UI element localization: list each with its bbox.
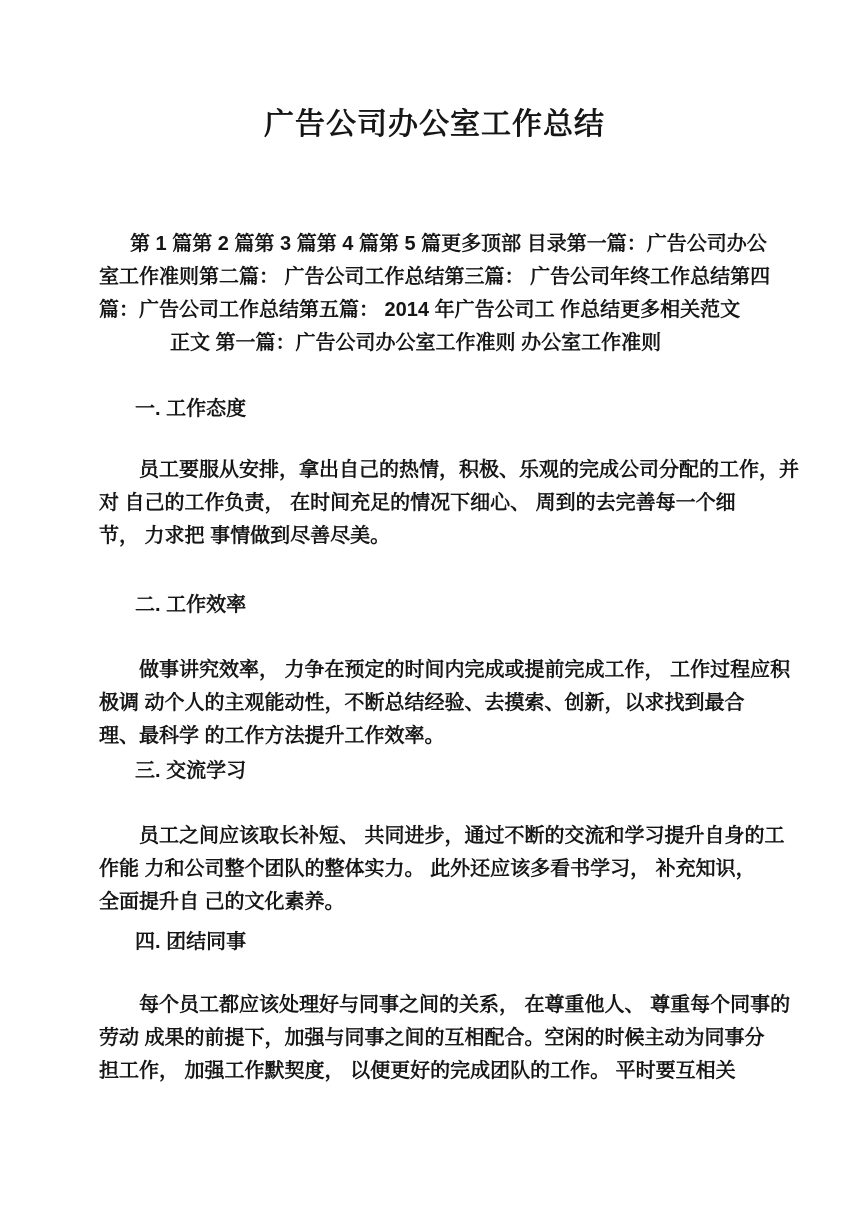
paragraph-line: 理、最科学 的工作方法提升工作效率。 [99,720,770,753]
paragraph-line: 做事讲究效率， 力争在预定的时间内完成或提前完成工作， 工作过程应积 [99,654,770,687]
intro-line-zhengwen: 正文 第一篇：广告公司办公室工作准则 办公室工作准则 [99,327,770,360]
document-body: 广告公司办公室工作总结 第 1 篇第 2 篇第 3 篇第 4 篇第 5 篇更多顶… [0,0,860,1088]
paragraph-line: 劳动 成果的前提下，加强与同事之间的互相配合。空闲的时候主动为同事分 [99,1022,770,1055]
section-heading: 四. 团结同事 [99,926,770,959]
intro-line: 室工作准则第二篇： 广告公司工作总结第三篇： 广告公司年终工作总结第四 [99,261,770,294]
paragraph-line: 极调 动个人的主观能动性，不断总结经验、去摸索、创新，以求找到最合 [99,687,770,720]
intro-line: 第 1 篇第 2 篇第 3 篇第 4 篇第 5 篇更多顶部 目录第一篇：广告公司… [99,228,770,261]
document-page: 广告公司办公室工作总结 第 1 篇第 2 篇第 3 篇第 4 篇第 5 篇更多顶… [0,0,860,1218]
paragraph-line: 每个员工都应该处理好与同事之间的关系， 在尊重他人、 尊重每个同事的 [99,989,770,1022]
paragraph-line: 员工之间应该取长补短、 共同进步，通过不断的交流和学习提升自身的工 [99,820,770,853]
paragraph-line: 全面提升自 己的文化素养。 [99,886,770,919]
section-heading: 一. 工作态度 [99,393,770,426]
paragraph-line: 作能 力和公司整个团队的整体实力。 此外还应该多看书学习， 补充知识， [99,853,770,886]
intro-line: 篇：广告公司工作总结第五篇： 2014 年广告公司工 作总结更多相关范文 [99,294,770,327]
section-work-attitude: 一. 工作态度 员工要服从安排，拿出自己的热情，积极、乐观的完成公司分配的工作，… [99,393,770,553]
section-unite-colleagues: 四. 团结同事 每个员工都应该处理好与同事之间的关系， 在尊重他人、 尊重每个同… [99,926,770,1088]
intro-paragraph: 第 1 篇第 2 篇第 3 篇第 4 篇第 5 篇更多顶部 目录第一篇：广告公司… [99,228,770,360]
document-title: 广告公司办公室工作总结 [99,0,770,144]
section-heading: 三. 交流学习 [99,755,770,788]
paragraph-line: 节， 力求把 事情做到尽善尽美。 [99,520,770,553]
section-work-efficiency: 二. 工作效率 做事讲究效率， 力争在预定的时间内完成或提前完成工作， 工作过程… [99,589,770,753]
paragraph-line: 对 自己的工作负责， 在时间充足的情况下细心、 周到的去完善每一个细 [99,487,770,520]
paragraph-line: 担工作， 加强工作默契度， 以便更好的完成团队的工作。 平时要互相关 [99,1055,770,1088]
paragraph-line: 员工要服从安排，拿出自己的热情，积极、乐观的完成公司分配的工作，并 [99,454,770,487]
section-communication-learning: 三. 交流学习 员工之间应该取长补短、 共同进步，通过不断的交流和学习提升自身的… [99,755,770,919]
section-heading: 二. 工作效率 [99,589,770,622]
